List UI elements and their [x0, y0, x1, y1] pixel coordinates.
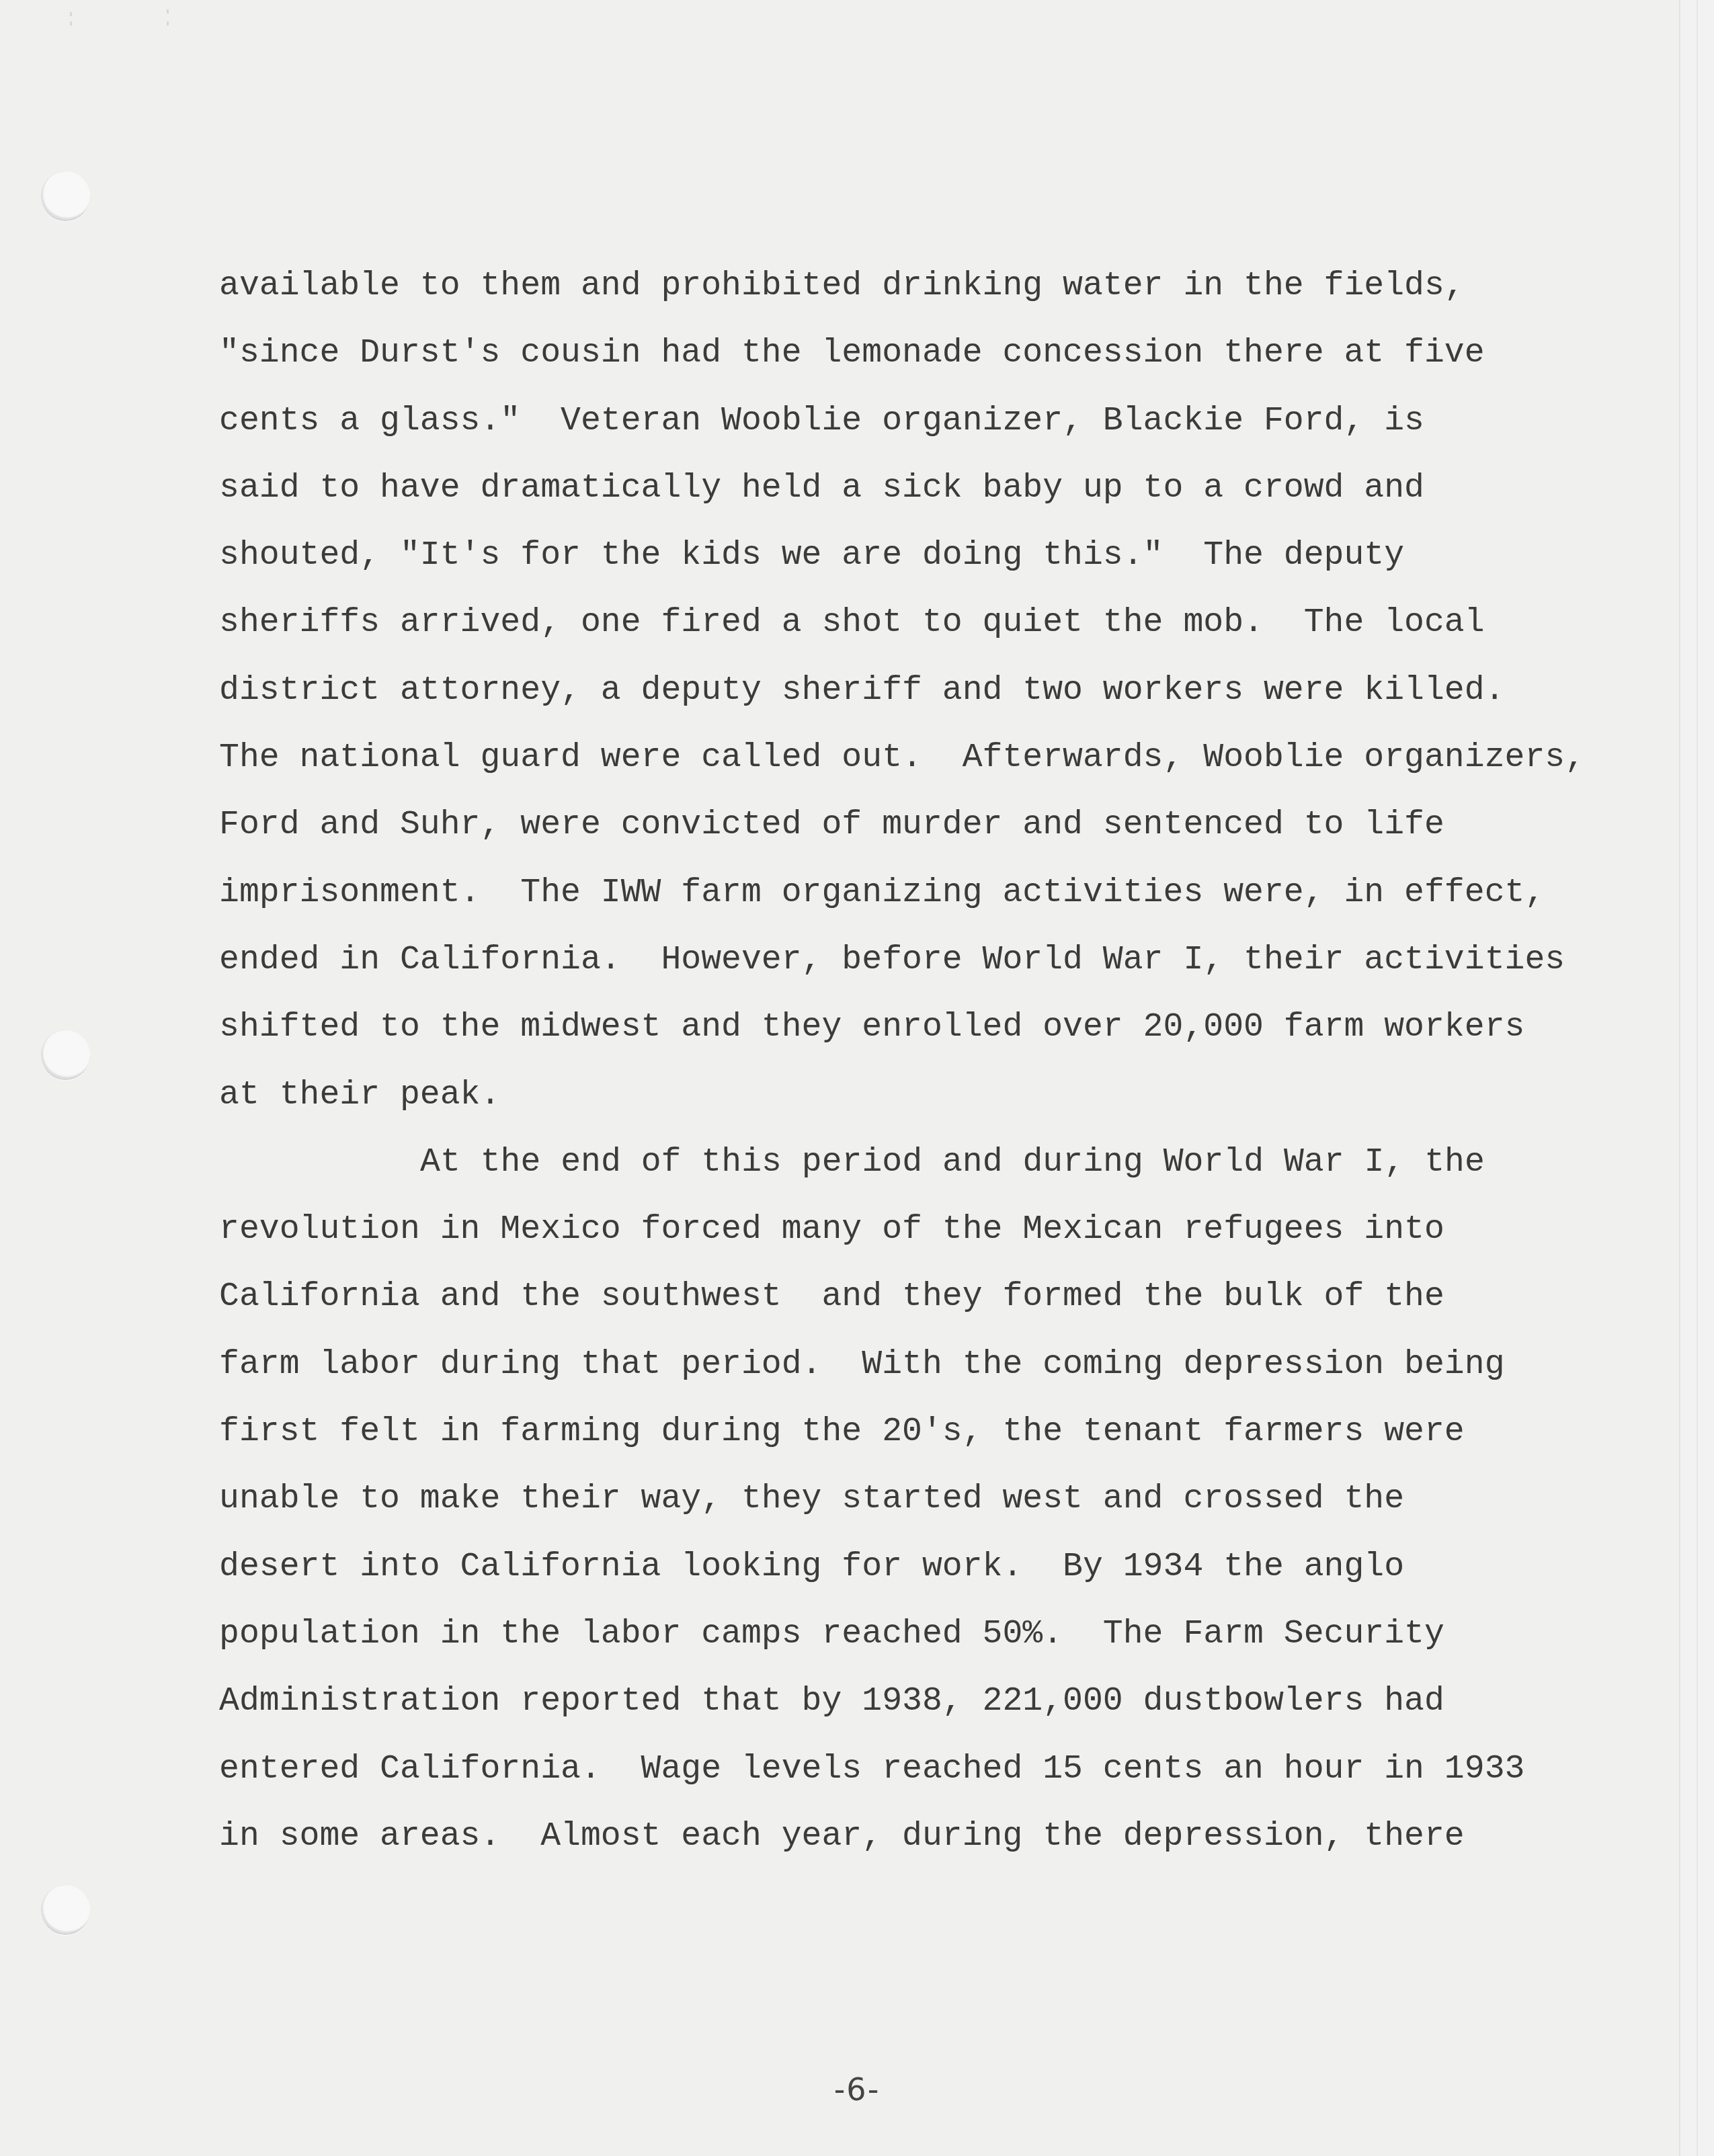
text-line: in some areas. Almost each year, during … [219, 1802, 1664, 1870]
paragraph-start-line: At the end of this period and during Wor… [219, 1128, 1664, 1196]
text-line: "since Durst's cousin had the lemonade c… [219, 319, 1664, 386]
text-line: first felt in farming during the 20's, t… [219, 1398, 1664, 1465]
scan-artifact-mark [167, 22, 169, 26]
text-line: population in the labor camps reached 50… [219, 1600, 1664, 1667]
page-number: -6- [0, 2071, 1714, 2108]
text-line: sheriffs arrived, one fired a shot to qu… [219, 589, 1664, 656]
scan-artifact-mark [70, 12, 72, 16]
text-line: cents a glass." Veteran Wooblie organize… [219, 387, 1664, 454]
text-line: unable to make their way, they started w… [219, 1465, 1664, 1532]
text-line: entered California. Wage levels reached … [219, 1735, 1664, 1802]
scanned-page: available to them and prohibited drinkin… [0, 0, 1714, 2156]
text-line: said to have dramatically held a sick ba… [219, 454, 1664, 522]
text-line: shifted to the midwest and they enrolled… [219, 993, 1664, 1061]
text-line: desert into California looking for work.… [219, 1533, 1664, 1600]
text-line: Administration reported that by 1938, 22… [219, 1667, 1664, 1735]
text-line: available to them and prohibited drinkin… [219, 252, 1664, 319]
scan-artifact-mark [70, 22, 72, 26]
text-line: The national guard were called out. Afte… [219, 724, 1664, 791]
punch-hole-top [41, 171, 90, 221]
punch-hole-bottom [41, 1885, 90, 1935]
text-line: revolution in Mexico forced many of the … [219, 1196, 1664, 1263]
text-line: California and the southwest and they fo… [219, 1263, 1664, 1330]
text-line: imprisonment. The IWW farm organizing ac… [219, 859, 1664, 926]
text-line: shouted, "It's for the kids we are doing… [219, 522, 1664, 589]
text-line: ended in California. However, before Wor… [219, 926, 1664, 993]
text-line: at their peak. [219, 1061, 1664, 1128]
text-line: farm labor during that period. With the … [219, 1331, 1664, 1398]
punch-hole-middle [41, 1030, 90, 1080]
scan-artifact-mark [167, 9, 169, 13]
page-right-edge [1679, 0, 1714, 2156]
text-line: Ford and Suhr, were convicted of murder … [219, 791, 1664, 858]
document-body-text: available to them and prohibited drinkin… [219, 252, 1664, 1870]
text-line: district attorney, a deputy sheriff and … [219, 657, 1664, 724]
